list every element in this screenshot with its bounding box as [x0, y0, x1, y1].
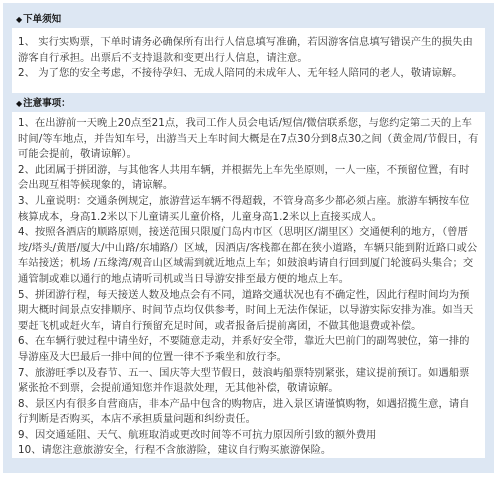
precaution-item: 7、旅游旺季以及春节、五一、国庆等大型节假日，鼓浪屿船票特别紧张，建议提前预订。… — [18, 366, 479, 397]
section-title-order-notes: ◆下单须知 — [12, 11, 485, 28]
precaution-item: 8、景区内有很多自营商店，非本产品中包含的购物店，进入景区请谨慎购物，如遇招揽生… — [18, 397, 479, 428]
precautions-box: 1、在出游前一天晚上20点至21点，我司工作人员会电话/短信/微信联系您，与您约… — [12, 112, 485, 458]
precaution-item: 10、请您注意旅游安全，行程不含旅游险，建议自行购买旅游保险。 — [18, 443, 479, 459]
notice-container: ◆下单须知 1、 实行实购票，下单时请务必确保所有出行人信息填写准确，若因游客信… — [3, 3, 494, 473]
order-note-item: 2、 为了您的安全考虑，不接待孕妇、无成人陪同的未成年人、无年轻人陪同的老人，敬… — [18, 66, 479, 82]
order-note-item: 1、 实行实购票，下单时请务必确保所有出行人信息填写准确，若因游客信息填写错误产… — [18, 35, 479, 66]
precaution-item: 3、儿童说明：交通条例规定，旅游营运车辆不得超载，不管身高多少都必须占座。旅游车… — [18, 194, 479, 225]
section-title-text: 下单须知 — [23, 14, 61, 25]
section-title-precautions: ◆注意事项： — [12, 95, 485, 112]
diamond-bullet-icon: ◆ — [16, 99, 22, 108]
precaution-item: 5、拼团游行程，每天接送人数及地点会有不同，道路交通状况也有不确定性，因此行程时… — [18, 288, 479, 335]
precaution-item: 4、按照各酒店的顺路原则，接送范围只限厦门岛内市区（思明区/湖里区）交通便利的地… — [18, 225, 479, 287]
diamond-bullet-icon: ◆ — [16, 15, 22, 24]
precaution-item: 2、此团属于拼团游，与其他客人共用车辆，并根据先上车先坐原则，一人一座，不预留位… — [18, 163, 479, 194]
section-title-text: 注意事项： — [23, 98, 71, 109]
precaution-item: 6、在车辆行驶过程中请坐好，不要随意走动，并系好安全带，靠近大巴前门的副驾驶位，… — [18, 334, 479, 365]
precaution-item: 9、因交通延阻、天气、航班取消或更改时间等不可抗力原因所引致的额外费用 — [18, 428, 479, 444]
precaution-item: 1、在出游前一天晚上20点至21点，我司工作人员会电话/短信/微信联系您，与您约… — [18, 116, 479, 163]
order-notes-box: 1、 实行实购票，下单时请务必确保所有出行人信息填写准确，若因游客信息填写错误产… — [12, 28, 485, 93]
